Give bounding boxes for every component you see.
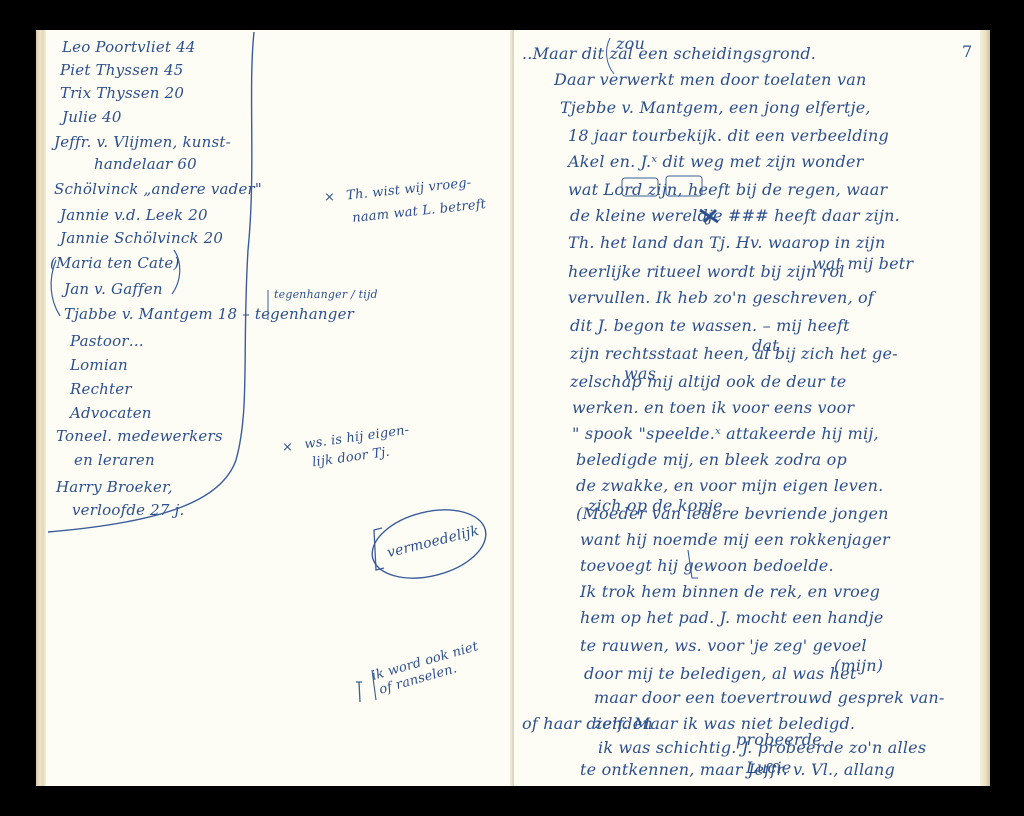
annotation-line: naam wat L. betreft [352,197,487,226]
text-line: Th. het land dan Tj. Hv. waarop in zijn [568,233,885,252]
cast-item: Lomian [70,356,128,374]
text-line: Akel en. J.ˣ dit weg met zijn wonder [568,152,864,171]
page-edge-left [36,30,46,786]
insertion: zich op de kopje [588,496,723,515]
notebook-spread: Leo Poortvliet 44 Piet Thyssen 45 Trix T… [36,30,990,786]
text-line: Ik trok hem binnen de rek, en vroeg [580,582,880,601]
cast-item: Jannie v.d. Leek 20 [60,206,208,224]
cast-item: Tjabbe v. Mantgem 18 – tegenhanger [64,305,354,323]
text-line: dit J. begon te wassen. – mij heeft [570,316,850,335]
cast-item: Pastoor… [70,332,144,350]
insertion: was [624,364,656,383]
text-line: zelschap mij altijd ook de deur te [570,372,846,391]
text-line: werken. en toen ik voor eens voor [572,398,854,417]
insertion: wat mij betr [812,254,913,273]
cast-item: Jannie Schölvinck 20 [60,229,223,247]
text-line: Tjebbe v. Mantgem, een jong elfertje, [560,98,871,117]
text-line: de kleine wereldje ### heeft daar zijn. [570,206,900,225]
text-line: te rauwen, ws. voor 'je zeg' gevoel [580,636,867,655]
text-line: te ontkennen, maar Jeffr. v. Vl., allang [580,760,895,779]
insertion: (mijn) [834,656,883,675]
text-line: beledigde mij, en bleek zodra op [576,450,847,469]
circled-word: vermoedelijk [385,523,480,561]
cast-item: Toneel. medewerkers [56,427,223,445]
text-line: de zwakke, en voor mijn eigen leven. [576,476,883,495]
annotation-marker: × [282,440,293,455]
text-line: heerlijke ritueel wordt bij zijn rol [568,262,845,281]
cast-item: handelaar 60 [94,155,197,173]
text-line: " spook "speelde.ˣ attakeerde hij mij, [572,424,879,443]
text-line: Daar verwerkt men door toelaten van [554,70,866,89]
insertion: of haar dienden [522,714,653,733]
cast-item: Piet Thyssen 45 [60,61,184,79]
text-line: zijn rechtsstaat heen, al bij zich het g… [570,344,898,363]
text-line: vervullen. Ik heb zo'n geschreven, of [568,288,874,307]
cast-item: Trix Thyssen 20 [60,84,184,102]
insertion: Lucie [746,758,791,777]
insertion: dat [752,336,779,355]
annotation-marker: × [324,190,335,205]
text-line: want hij noemde mij een rokkenjager [580,530,890,549]
cast-item: Jan v. Gaffen [64,280,163,298]
text-line: toevoegt hij gewoon bedoelde. [580,556,834,575]
cast-item: Leo Poortvliet 44 [62,38,196,56]
right-page: 7 zou ..Maar dit zal een scheidingsgrond… [514,30,990,786]
text-line: maar door een toevertrouwd gesprek van- [594,688,944,707]
cast-item: Harry Broeker, [56,478,173,496]
cast-item: en leraren [74,451,155,469]
text-line: ..Maar dit zal een scheidingsgrond. [522,44,816,63]
cast-item: verloofde 27 j. [72,501,184,519]
margin-note: tegenhanger / tijd [274,288,378,301]
cast-item: Jeffr. v. Vlijmen, kunst- [54,133,231,151]
text-line: wat Lord zijn, heeft bij de regen, waar [568,180,887,199]
text-line: door mij te beledigen, al was het [584,664,856,683]
cast-item: Schölvinck „andere vader" [54,180,262,198]
insertion: probeerde [736,730,822,749]
cast-item: Julie 40 [62,108,122,126]
page-edge-right [980,30,990,786]
text-line: hem op het pad. J. mocht een handje [580,608,884,627]
left-page: Leo Poortvliet 44 Piet Thyssen 45 Trix T… [36,30,514,786]
page-number: 7 [962,42,972,61]
cast-item: Advocaten [70,404,152,422]
cast-item: Rechter [70,380,132,398]
annotation-line: ws. is hij eigen- [303,423,410,453]
text-line: 18 jaar tourbekijk. dit een verbeelding [568,126,889,145]
cast-item: (Maria ten Cate) [50,254,180,272]
